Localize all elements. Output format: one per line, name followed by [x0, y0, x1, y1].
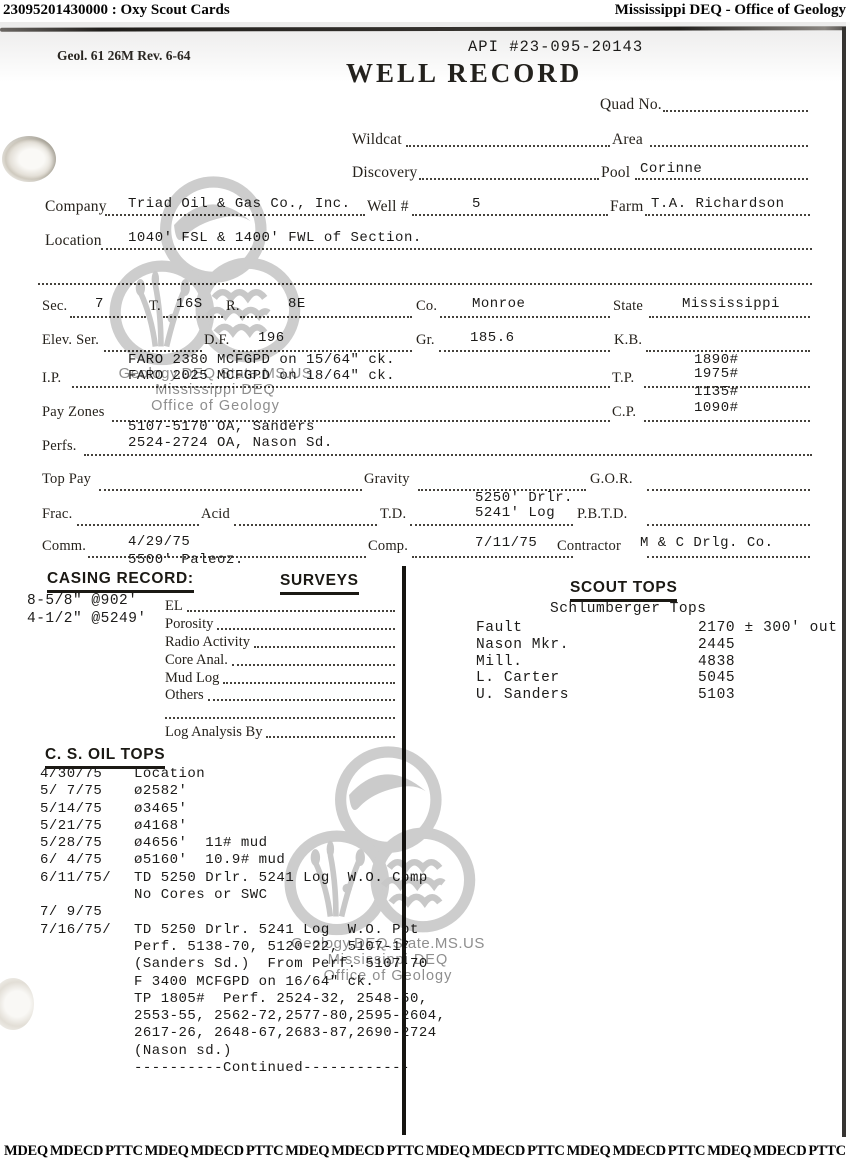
scout-top-name: Fault	[476, 620, 698, 636]
dotted-line	[650, 145, 808, 147]
oil-top-text: No Cores or SWC	[134, 887, 268, 903]
footer-token: MDECD	[50, 1143, 103, 1160]
value-comm-line2: 5500' Paleoz.	[128, 552, 244, 568]
survey-item-label: Porosity	[165, 616, 217, 633]
survey-item-label: Core Anal.	[165, 652, 232, 669]
dotted-line	[412, 214, 608, 216]
label-co: Co.	[416, 298, 437, 315]
log-analysis-row: Log Analysis By	[165, 724, 395, 741]
watermark-office: Office of Geology	[103, 398, 328, 414]
scout-top-value: 2170 ± 300' out	[698, 620, 838, 636]
label-tp: T.P.	[612, 370, 634, 387]
footer-token: MDEQ	[4, 1143, 48, 1160]
watermark-office: Office of Geology	[283, 968, 493, 984]
watermark-url: Geology.DEQ.State.MS.US	[283, 936, 493, 952]
watermark-agency: Mississippi DEQ	[103, 382, 328, 398]
oil-top-date: 7/16/75/	[40, 922, 134, 938]
footer-token: MDECD	[331, 1143, 384, 1160]
footer-token: MDEQ	[285, 1143, 329, 1160]
label-gor: G.O.R.	[590, 471, 633, 488]
oil-top-row: TP 1805# Perf. 2524-32, 2548-50,	[40, 991, 446, 1008]
viewer-footer: MDEQ MDECD PTTC MDEQ MDECD PTTC MDEQ MDE…	[0, 1143, 850, 1160]
footer-token: PTTC	[105, 1143, 142, 1160]
oil-top-text: ø5160' 10.9# mud	[134, 852, 285, 868]
dotted-line	[644, 420, 810, 422]
label-top-pay: Top Pay	[42, 471, 91, 488]
label-acid: Acid	[201, 506, 230, 523]
dotted-line	[439, 350, 610, 352]
value-comm: 4/29/75	[128, 534, 190, 550]
value-pay-zones: 5107-5170 OA, Sanders	[128, 419, 315, 435]
footer-token: PTTC	[668, 1143, 705, 1160]
dotted-line	[649, 316, 810, 318]
dotted-line	[410, 524, 573, 526]
survey-item-row: EL	[165, 598, 395, 615]
label-quad-no: Quad No.	[600, 96, 662, 114]
footer-token: MDECD	[191, 1143, 244, 1160]
label-area: Area	[612, 131, 643, 149]
survey-item-label: Radio Activity	[165, 634, 254, 651]
oil-top-row: ----------Continued------------	[40, 1060, 446, 1077]
dotted-line	[84, 454, 812, 456]
label-cp: C.P.	[612, 404, 636, 421]
survey-item-row: Radio Activity	[165, 634, 395, 651]
label-state: State	[613, 298, 643, 315]
scout-top-value: 4838	[698, 654, 735, 670]
casing-record-heading: CASING RECORD:	[47, 570, 194, 593]
value-gr: 185.6	[470, 330, 515, 346]
dotted-line	[254, 634, 395, 648]
label-comm: Comm.	[42, 538, 86, 555]
value-tp-line2: 1135#	[694, 384, 739, 400]
scout-tops-subheading: Schlumberger Tops	[550, 601, 706, 617]
dotted-line	[77, 524, 199, 526]
scout-top-name: L. Carter	[476, 670, 698, 686]
dotted-line	[99, 489, 362, 491]
footer-token: MDECD	[612, 1143, 665, 1160]
paper-blemish-top	[2, 136, 56, 182]
value-comp: 7/11/75	[475, 535, 537, 551]
label-farm: Farm	[610, 198, 644, 216]
label-td: T.D.	[380, 506, 406, 523]
scout-top-row: L. Carter5045	[476, 670, 838, 687]
viewer-header-left: 23095201430000 : Oxy Scout Cards	[3, 2, 230, 19]
dotted-line	[645, 214, 810, 216]
scout-top-row: Mill.4838	[476, 654, 838, 671]
oil-top-text: TP 1805# Perf. 2524-32, 2548-50,	[134, 991, 428, 1007]
watermark-agency: Mississippi DEQ	[283, 952, 493, 968]
dotted-line	[647, 489, 810, 491]
footer-token: PTTC	[527, 1143, 564, 1160]
dotted-line	[635, 178, 808, 180]
footer-token: PTTC	[808, 1143, 845, 1160]
scout-top-row: U. Sanders5103	[476, 687, 838, 704]
surveys-heading: SURVEYS	[280, 572, 359, 595]
oil-top-row: 2617-26, 2648-67,2683-87,2690-2724	[40, 1025, 446, 1042]
label-sec: Sec.	[42, 298, 67, 315]
oil-top-row: 2553-55, 2562-72,2577-80,2595-2604,	[40, 1008, 446, 1025]
scanned-well-record-page: 23095201430000 : Oxy Scout Cards Mississ…	[0, 0, 850, 1167]
survey-item-label: Others	[165, 687, 208, 704]
scout-tops-heading: SCOUT TOPS	[570, 579, 677, 602]
scout-top-name: U. Sanders	[476, 687, 698, 703]
label-well-no: Well #	[367, 198, 409, 216]
dotted-line	[232, 652, 395, 666]
label-pay-zones: Pay Zones	[42, 404, 105, 421]
value-state: Mississippi	[682, 296, 780, 312]
dotted-line	[223, 670, 395, 684]
label-location: Location	[45, 232, 102, 250]
footer-token: MDECD	[472, 1143, 525, 1160]
footer-token: MDEQ	[707, 1143, 751, 1160]
label-pbtd: P.B.T.D.	[577, 506, 627, 523]
survey-item-row: Porosity	[165, 616, 395, 633]
oil-top-date: 7/ 9/75	[40, 904, 134, 920]
log-analysis-label: Log Analysis By	[165, 724, 266, 741]
dotted-line	[208, 687, 395, 701]
label-elev-ser: Elev. Ser.	[42, 332, 99, 349]
label-pool: Pool	[601, 164, 630, 182]
value-co: Monroe	[472, 296, 525, 312]
oil-top-row: (Nason sd.)	[40, 1043, 446, 1060]
oil-top-date: 5/14/75	[40, 801, 134, 817]
scout-top-row: Nason Mkr.2445	[476, 637, 838, 654]
watermark-url: Geology.DEQ.State.MS.US	[103, 366, 328, 382]
oil-top-text: ø4168'	[134, 818, 187, 834]
survey-item-label: EL	[165, 598, 187, 615]
survey-item-label: Mud Log	[165, 670, 223, 687]
footer-token: PTTC	[246, 1143, 283, 1160]
casing-entry: 8-5/8" @902'	[27, 593, 137, 609]
oil-top-text: ø3465'	[134, 801, 187, 817]
dotted-line	[647, 524, 810, 526]
survey-item-row: Mud Log	[165, 670, 395, 687]
dotted-line	[419, 178, 599, 180]
label-frac: Frac.	[42, 506, 72, 523]
dotted-line	[412, 556, 573, 558]
label-gravity: Gravity	[364, 471, 410, 488]
label-kb: K.B.	[614, 332, 642, 349]
form-title: WELL RECORD	[346, 58, 582, 89]
viewer-header-right: Mississippi DEQ - Office of Geology	[615, 2, 846, 19]
dotted-line	[440, 316, 610, 318]
label-wildcat: Wildcat	[352, 131, 402, 149]
oil-top-text: ø4656' 11# mud	[134, 835, 268, 851]
form-number: Geol. 61 26M Rev. 6-64	[57, 48, 190, 64]
label-perfs: Perfs.	[42, 438, 77, 455]
dotted-line	[406, 145, 610, 147]
oil-top-text: ----------Continued------------	[134, 1060, 410, 1076]
scout-top-name: Mill.	[476, 654, 698, 670]
value-well-no: 5	[472, 196, 481, 212]
label-discovery: Discovery	[352, 164, 418, 182]
dotted-line	[165, 717, 395, 719]
oil-top-date: 6/ 4/75	[40, 852, 134, 868]
scout-top-row: Fault2170 ± 300' out	[476, 620, 838, 637]
oil-top-date: 5/ 7/75	[40, 783, 134, 799]
oil-top-text: (Nason sd.)	[134, 1043, 232, 1059]
value-tp: 1975#	[694, 366, 739, 382]
scout-top-value: 5045	[698, 670, 735, 686]
scout-top-value: 5103	[698, 687, 735, 703]
survey-item-row: Others	[165, 687, 395, 704]
label-company: Company	[45, 198, 107, 216]
footer-token: MDEQ	[145, 1143, 189, 1160]
footer-token: MDEQ	[567, 1143, 611, 1160]
dotted-line	[663, 110, 808, 112]
oil-top-text: ø2582'	[134, 783, 187, 799]
dotted-line	[234, 524, 377, 526]
value-td-line2: 5241' Log	[475, 505, 555, 521]
footer-token: PTTC	[386, 1143, 423, 1160]
value-pool: Corinne	[640, 161, 702, 177]
api-number: API #23-095-20143	[468, 38, 643, 56]
dotted-line	[217, 616, 395, 630]
dotted-line	[266, 724, 395, 738]
msdeq-logo-watermark	[278, 742, 493, 947]
oil-top-date: 6/11/75/	[40, 870, 134, 886]
value-td-line1: 5250' Drlr.	[475, 490, 573, 506]
footer-token: MDEQ	[426, 1143, 470, 1160]
dotted-line	[647, 556, 810, 558]
label-contractor: Contractor	[557, 538, 621, 555]
survey-item-row: Core Anal.	[165, 652, 395, 669]
label-comp: Comp.	[368, 538, 408, 555]
oil-top-date: 5/28/75	[40, 835, 134, 851]
oil-top-text: 2617-26, 2648-67,2683-87,2690-2724	[134, 1025, 437, 1041]
value-cp: 1090#	[694, 400, 739, 416]
value-farm: T.A. Richardson	[651, 196, 785, 212]
watermark-text-upper: Geology.DEQ.State.MS.US Mississippi DEQ …	[103, 366, 328, 414]
oil-top-date: 5/21/75	[40, 818, 134, 834]
msdeq-logo-watermark	[103, 172, 318, 377]
label-ip: I.P.	[42, 370, 61, 387]
watermark-text-lower: Geology.DEQ.State.MS.US Mississippi DEQ …	[283, 936, 493, 984]
scout-top-value: 2445	[698, 637, 735, 653]
scan-right-margin	[846, 22, 850, 1140]
oil-top-date: 4/30/75	[40, 766, 134, 782]
scout-tops-table: Fault2170 ± 300' out Nason Mkr.2445 Mill…	[476, 620, 838, 704]
footer-token: MDECD	[753, 1143, 806, 1160]
oil-top-text: Location	[134, 766, 205, 782]
scout-top-name: Nason Mkr.	[476, 637, 698, 653]
value-perfs: 2524-2724 OA, Nason Sd.	[128, 435, 333, 451]
oil-top-text: 2553-55, 2562-72,2577-80,2595-2604,	[134, 1008, 446, 1024]
dotted-line	[187, 598, 395, 612]
casing-entry: 4-1/2" @5249'	[27, 611, 147, 627]
value-contractor: M & C Drlg. Co.	[640, 535, 774, 551]
label-gr: Gr.	[416, 332, 435, 349]
